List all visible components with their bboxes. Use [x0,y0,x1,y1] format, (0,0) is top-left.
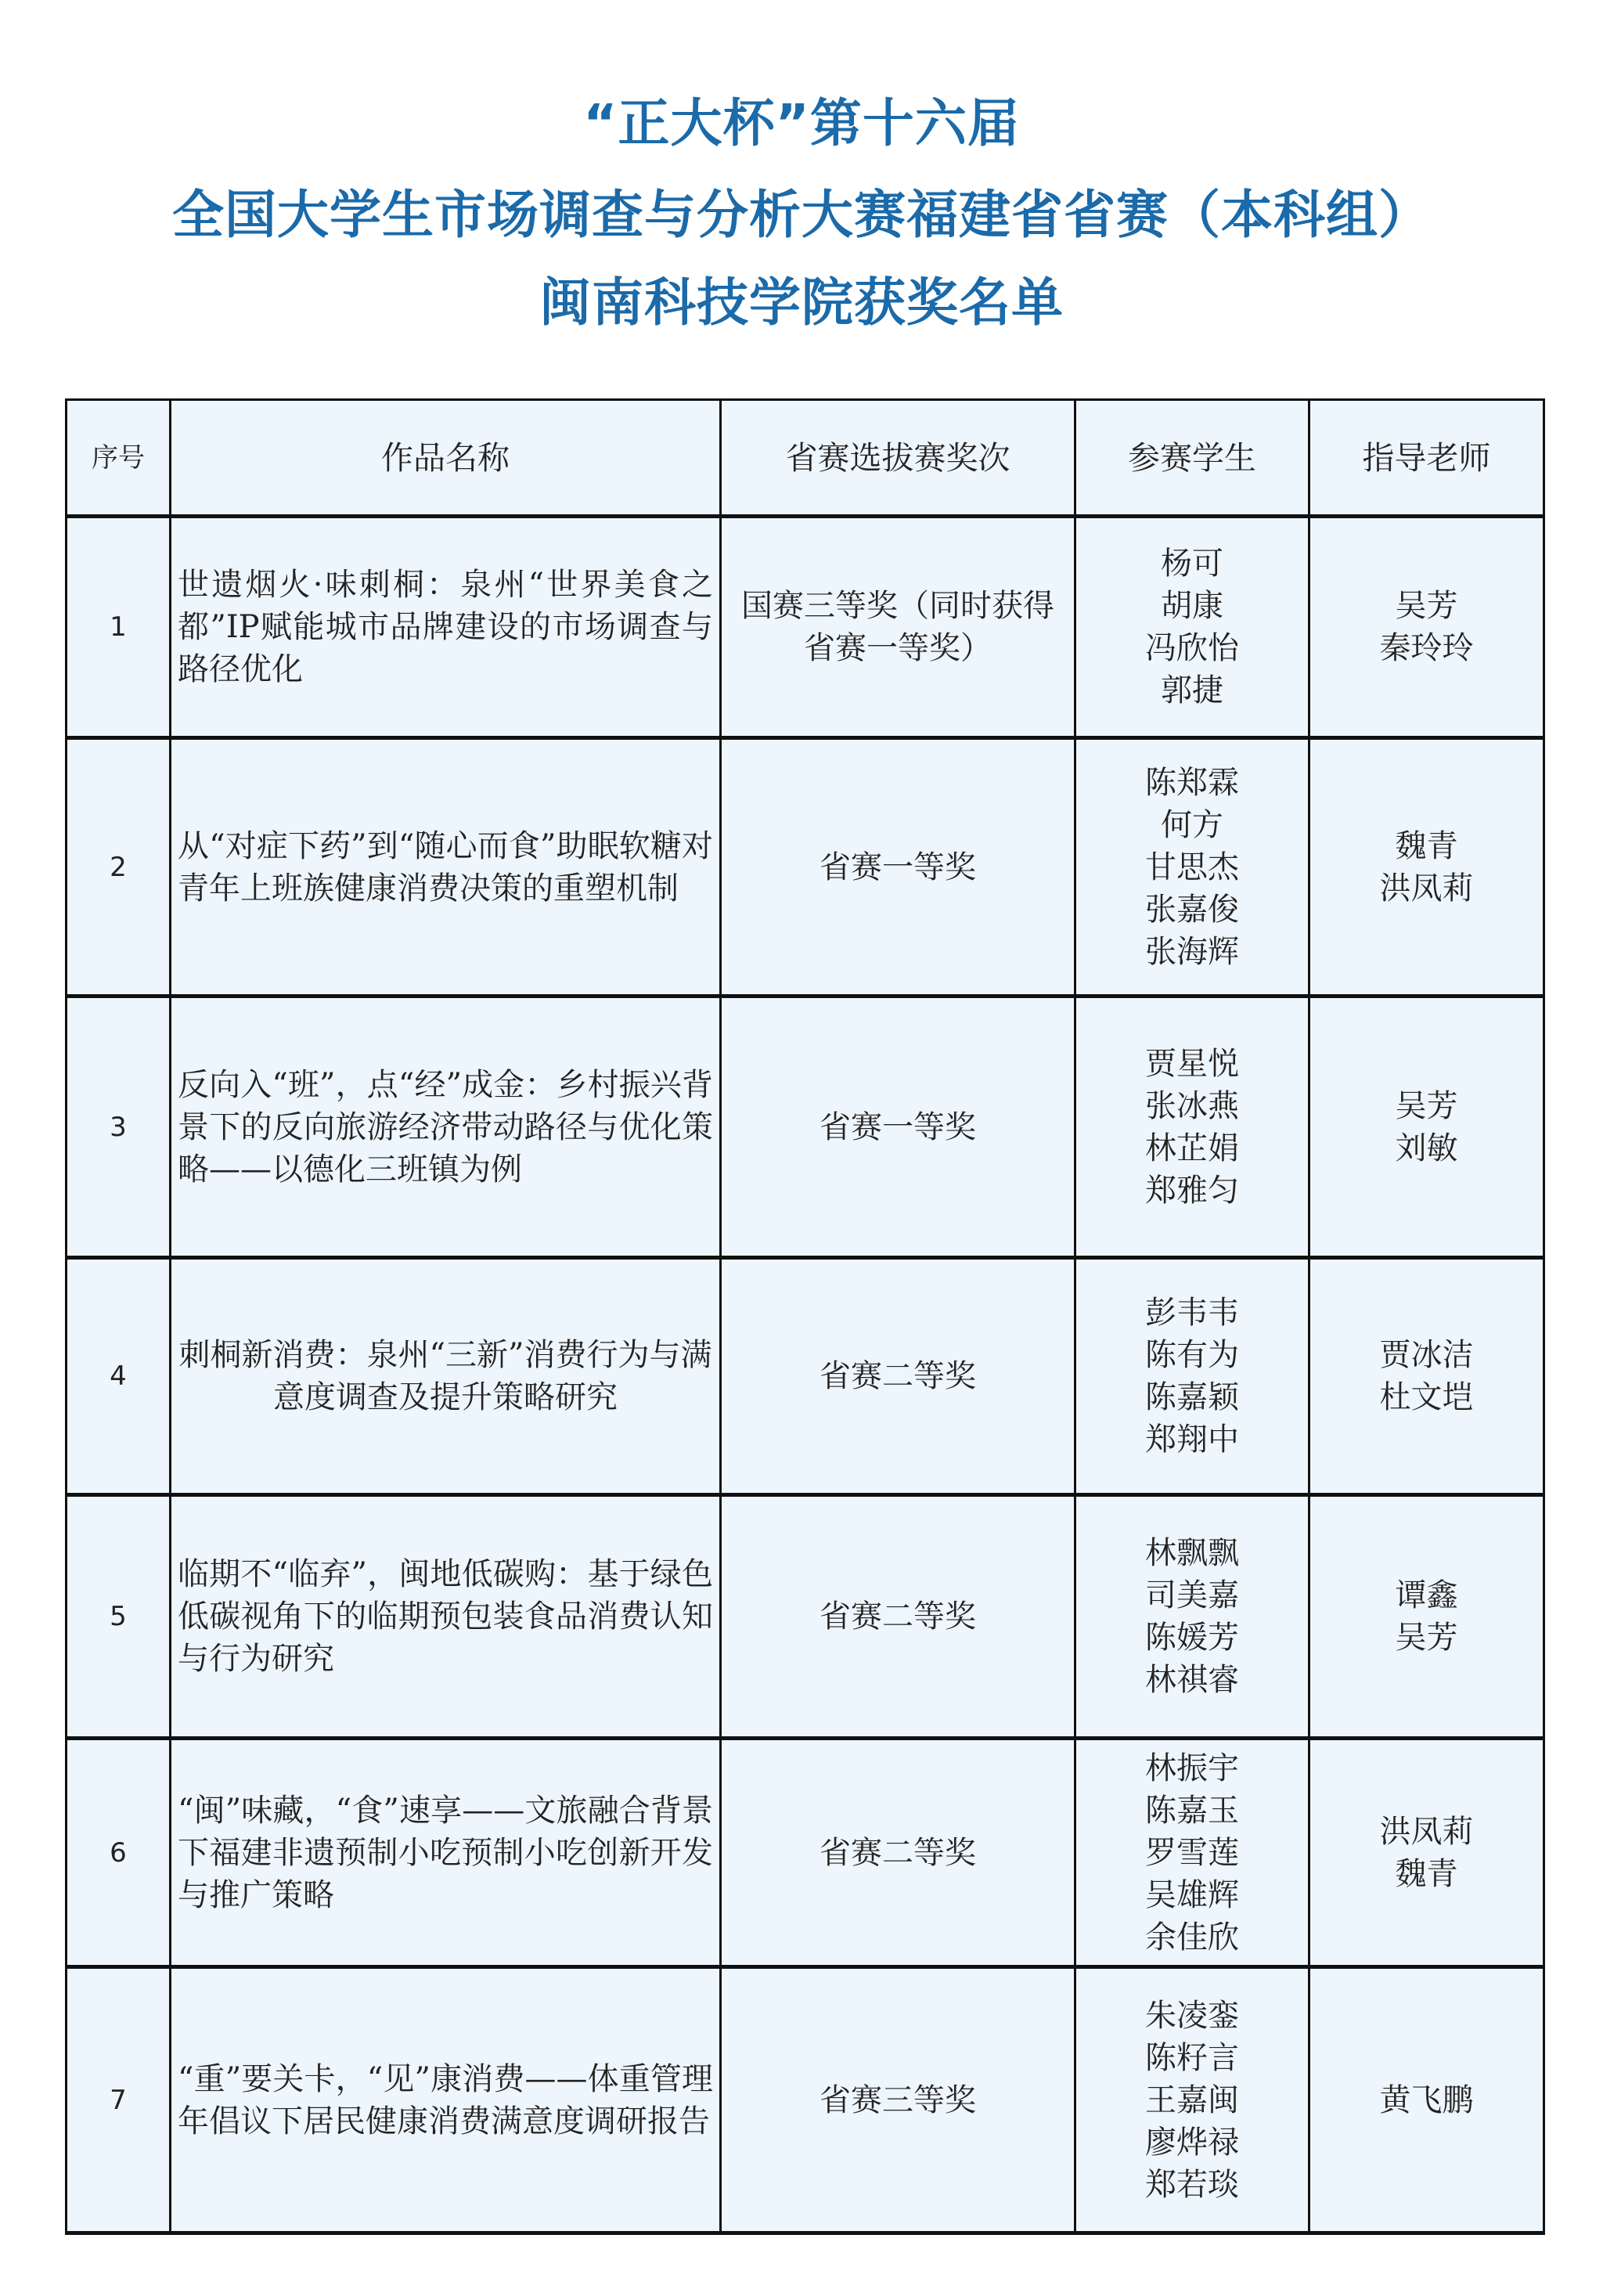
table-header-row: 序号 作品名称 省赛选拔赛奖次 参赛学生 指导老师 [67,400,1544,517]
student-name: 罗雪莲 [1082,1832,1302,1874]
table-body: 1 世遗烟火·味刺桐：泉州“世界美食之都”IP赋能城市品牌建设的市场调查与路径优… [67,517,1544,2233]
work-title: 刺桐新消费：泉州“三新”消费行为与满意度调查及提升策略研究 [171,1258,721,1495]
teacher-list: 黄飞鹏 [1309,1967,1544,2233]
award-level: 省赛二等奖 [721,1495,1075,1739]
student-name: 林祺睿 [1082,1659,1302,1701]
teacher-name: 贾冰洁 [1317,1334,1536,1376]
work-title: “重”要关卡，“见”康消费——体重管理年倡议下居民健康消费满意度调研报告 [171,1967,721,2233]
student-name: 胡康 [1082,585,1302,627]
row-number: 7 [67,1967,171,2233]
teacher-name: 魏青 [1317,825,1536,867]
student-name: 张海辉 [1082,931,1302,973]
student-list: 贾星悦 张冰燕 林芷娟 郑雅匀 [1075,997,1309,1258]
work-title: 临期不“临弃”，闽地低碳购：基于绿色低碳视角下的临期预包装食品消费认知与行为研究 [171,1495,721,1739]
student-name: 陈有为 [1082,1334,1302,1376]
student-name: 陈籽言 [1082,2037,1302,2079]
row-number: 5 [67,1495,171,1739]
teacher-name: 吴芳 [1317,1085,1536,1127]
student-list: 彭韦韦 陈有为 陈嘉颖 郑翔中 [1075,1258,1309,1495]
col-header-title: 作品名称 [171,400,721,517]
work-title: “闽”味藏，“食”速享——文旅融合背景下福建非遗预制小吃预制小吃创新开发与推广策… [171,1739,721,1967]
row-number: 4 [67,1258,171,1495]
teacher-name: 吴芳 [1317,1617,1536,1659]
work-title: 反向入“班”，点“经”成金：乡村振兴背景下的反向旅游经济带动路径与优化策略——以… [171,997,721,1258]
student-list: 朱凌銮 陈籽言 王嘉闽 廖烨禄 郑若琰 [1075,1967,1309,2233]
col-header-no: 序号 [67,400,171,517]
awards-table: 序号 作品名称 省赛选拔赛奖次 参赛学生 指导老师 1 世遗烟火·味刺桐：泉州“… [65,398,1545,2235]
teacher-list: 魏青 洪凤莉 [1309,738,1544,997]
table-row: 6 “闽”味藏，“食”速享——文旅融合背景下福建非遗预制小吃预制小吃创新开发与推… [67,1739,1544,1967]
student-name: 郑翔中 [1082,1418,1302,1461]
student-list: 杨可 胡康 冯欣怡 郭捷 [1075,517,1309,738]
title-line-1: “正大杯”第十六届 [0,92,1603,155]
title-line-3: 闽南科技学院获奖名单 [0,272,1603,334]
table-row: 1 世遗烟火·味刺桐：泉州“世界美食之都”IP赋能城市品牌建设的市场调查与路径优… [67,517,1544,738]
student-name: 贾星悦 [1082,1043,1302,1085]
student-name: 甘思杰 [1082,846,1302,888]
award-level: 国赛三等奖（同时获得省赛一等奖） [721,517,1075,738]
teacher-list: 洪凤莉 魏青 [1309,1739,1544,1967]
teacher-name: 谭鑫 [1317,1574,1536,1617]
award-level: 省赛一等奖 [721,738,1075,997]
student-name: 陈媛芳 [1082,1617,1302,1659]
student-name: 司美嘉 [1082,1574,1302,1617]
student-list: 林飘飘 司美嘉 陈媛芳 林祺睿 [1075,1495,1309,1739]
student-name: 何方 [1082,804,1302,846]
teacher-list: 谭鑫 吴芳 [1309,1495,1544,1739]
student-name: 王嘉闽 [1082,2079,1302,2121]
col-header-students: 参赛学生 [1075,400,1309,517]
teacher-name: 洪凤莉 [1317,867,1536,910]
title-line-2: 全国大学生市场调查与分析大赛福建省省赛（本科组） [0,184,1603,247]
teacher-name: 秦玲玲 [1317,627,1536,669]
student-name: 陈嘉颖 [1082,1376,1302,1418]
student-name: 郑雅匀 [1082,1170,1302,1212]
col-header-teachers: 指导老师 [1309,400,1544,517]
award-level: 省赛二等奖 [721,1258,1075,1495]
student-name: 杨可 [1082,542,1302,585]
student-name: 吴雄辉 [1082,1874,1302,1916]
teacher-name: 黄飞鹏 [1317,2079,1536,2121]
work-title: 从“对症下药”到“随心而食”助眠软糖对青年上班族健康消费决策的重塑机制 [171,738,721,997]
student-name: 彭韦韦 [1082,1292,1302,1334]
student-name: 余佳欣 [1082,1916,1302,1959]
student-name: 冯欣怡 [1082,627,1302,669]
student-name: 张冰燕 [1082,1085,1302,1127]
student-name: 林振宇 [1082,1747,1302,1790]
table-row: 7 “重”要关卡，“见”康消费——体重管理年倡议下居民健康消费满意度调研报告 省… [67,1967,1544,2233]
student-list: 陈郑霖 何方 甘思杰 张嘉俊 张海辉 [1075,738,1309,997]
teacher-list: 贾冰洁 杜文垲 [1309,1258,1544,1495]
student-name: 廖烨禄 [1082,2121,1302,2164]
row-number: 3 [67,997,171,1258]
work-title: 世遗烟火·味刺桐：泉州“世界美食之都”IP赋能城市品牌建设的市场调查与路径优化 [171,517,721,738]
col-header-award: 省赛选拔赛奖次 [721,400,1075,517]
teacher-name: 洪凤莉 [1317,1811,1536,1853]
student-name: 林芷娟 [1082,1127,1302,1170]
teacher-name: 魏青 [1317,1853,1536,1895]
student-name: 陈嘉玉 [1082,1790,1302,1832]
teacher-list: 吴芳 秦玲玲 [1309,517,1544,738]
student-list: 林振宇 陈嘉玉 罗雪莲 吴雄辉 余佳欣 [1075,1739,1309,1967]
teacher-list: 吴芳 刘敏 [1309,997,1544,1258]
row-number: 6 [67,1739,171,1967]
table-row: 4 刺桐新消费：泉州“三新”消费行为与满意度调查及提升策略研究 省赛二等奖 彭韦… [67,1258,1544,1495]
teacher-name: 吴芳 [1317,585,1536,627]
student-name: 陈郑霖 [1082,762,1302,804]
row-number: 1 [67,517,171,738]
student-name: 林飘飘 [1082,1532,1302,1574]
teacher-name: 杜文垲 [1317,1376,1536,1418]
table-row: 3 反向入“班”，点“经”成金：乡村振兴背景下的反向旅游经济带动路径与优化策略—… [67,997,1544,1258]
student-name: 郑若琰 [1082,2164,1302,2206]
row-number: 2 [67,738,171,997]
student-name: 郭捷 [1082,669,1302,712]
award-level: 省赛二等奖 [721,1739,1075,1967]
award-level: 省赛三等奖 [721,1967,1075,2233]
table-row: 5 临期不“临弃”，闽地低碳购：基于绿色低碳视角下的临期预包装食品消费认知与行为… [67,1495,1544,1739]
teacher-name: 刘敏 [1317,1127,1536,1170]
award-level: 省赛一等奖 [721,997,1075,1258]
table-row: 2 从“对症下药”到“随心而食”助眠软糖对青年上班族健康消费决策的重塑机制 省赛… [67,738,1544,997]
student-name: 张嘉俊 [1082,888,1302,931]
student-name: 朱凌銮 [1082,1995,1302,2037]
